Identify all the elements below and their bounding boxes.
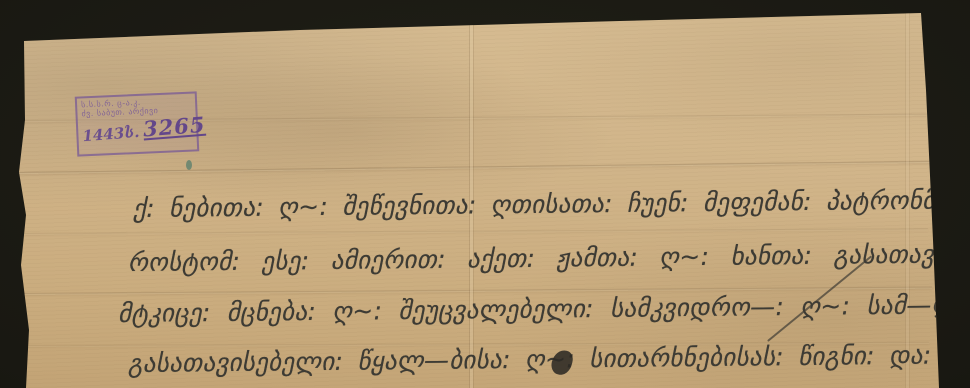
manuscript-line-2: როსტომ: ესე: ამიერით: აქეთ: ჟამთა: ღ~: ხ… [128,240,934,277]
stamp-fond-number: 1443ს. [82,123,140,145]
archive-stamp: ს.ს.ს.რ. ც-ა.კ. ძვ. საბუთ. არქივი 1443ს.… [75,91,200,156]
manuscript-paper: ს.ს.ს.რ. ც-ა.კ. ძვ. საბუთ. არქივი 1443ს.… [0,0,970,388]
scanned-document-view: ს.ს.ს.რ. ც-ა.კ. ძვ. საბუთ. არქივი 1443ს.… [0,0,970,388]
stamp-item-number: 3265 [142,112,206,142]
ink-speck [186,160,192,170]
crease-line [18,161,930,174]
manuscript-line-3: მტკიცე: მცნება: ღ~: შეუცვალებელი: სამკვი… [118,289,970,328]
crease-line [20,228,928,235]
manuscript-line-1: ქ: ნებითა: ღ~: შეწევნითა: ღთისათა: ჩუენ:… [133,185,970,223]
stamp-handwritten-numbers: 1443ს. 3265 [81,113,194,147]
